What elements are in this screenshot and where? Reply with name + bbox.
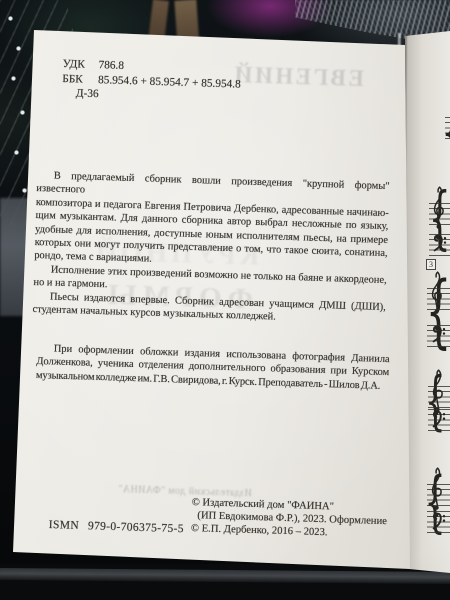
publisher-imprint: © Издательский дом "ФАИНА" (ИП Евдокимов… — [191, 496, 388, 542]
classification-block: УДК 786.8 ББК 85.954.6 + 85.954.7 + 85.9… — [62, 57, 242, 106]
bass-clef-icon — [432, 512, 446, 530]
ismn-value: 979-0-706375-75-5 — [88, 519, 184, 535]
annotation-text: В предлагаемый сборник вошли произведени… — [32, 169, 389, 327]
bass-clef-icon — [433, 234, 447, 252]
bleed-through-title: ЕВГЕНИЙ — [232, 62, 365, 92]
left-page: ЕВГЕНИЙ КРУПНОЙ ФОРМЫ Издательский дом "… — [0, 0, 450, 600]
book-photo: { { 3 { { — [0, 0, 450, 600]
treble-clef-icon — [430, 186, 446, 232]
tuning-peg — [22, 188, 27, 193]
bass-clef-icon — [432, 410, 446, 428]
treble-clef-icon — [428, 467, 444, 513]
tuning-peg — [8, 16, 13, 21]
ismn-label: ISMN — [49, 518, 80, 532]
tuning-peg — [20, 110, 25, 115]
credits-text: При оформлении обложки издания использов… — [36, 342, 390, 393]
treble-clef-icon — [428, 271, 444, 317]
udk-label: УДК — [63, 57, 96, 73]
tuning-peg — [11, 76, 16, 81]
tuning-peg — [16, 46, 21, 51]
bass-clef-icon — [432, 325, 446, 343]
staff-lines — [445, 117, 450, 139]
udk-value: 786.8 — [98, 59, 124, 72]
bbk-label: ББК — [62, 72, 95, 88]
bbk-value: 85.954.6 + 85.954.7 + 85.954.8 — [98, 74, 241, 90]
ismn-number: ISMN979-0-706375-75-5 — [49, 518, 184, 535]
tuning-peg — [14, 150, 19, 155]
